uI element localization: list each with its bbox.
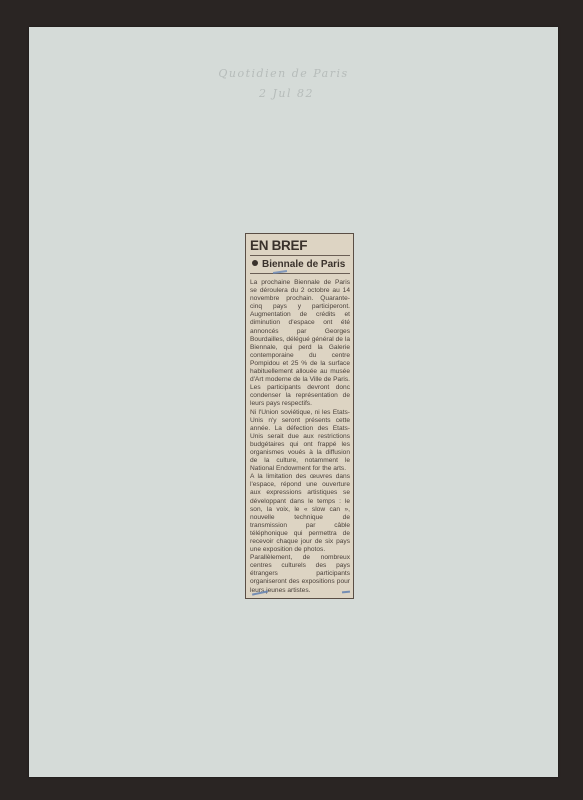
paragraph: Parallèlement, de nombreux centres cultu… [250, 554, 350, 594]
headline-text: Biennale de Paris [262, 259, 345, 270]
paragraph: La prochaine Biennale de Paris se déroul… [250, 279, 350, 409]
handwritten-source-note: Quotidien de Paris [19, 67, 548, 80]
article-headline: Biennale de Paris [250, 256, 350, 274]
paragraph: Ni l'Union soviétique, ni les Etats-Unis… [250, 409, 350, 474]
handwritten-date-note: 2 Jul 82 [22, 87, 551, 100]
article-body: La prochaine Biennale de Paris se déroul… [250, 274, 350, 595]
rubric-title: EN BREF [250, 235, 350, 256]
bullet-icon [252, 260, 258, 266]
archive-sheet: Quotidien de Paris 2 Jul 82 EN BREF Bien… [29, 27, 558, 777]
paragraph: A la limitation des œuvres dans l'espace… [250, 473, 350, 554]
newspaper-clipping: EN BREF Biennale de Paris La prochaine B… [245, 233, 354, 599]
